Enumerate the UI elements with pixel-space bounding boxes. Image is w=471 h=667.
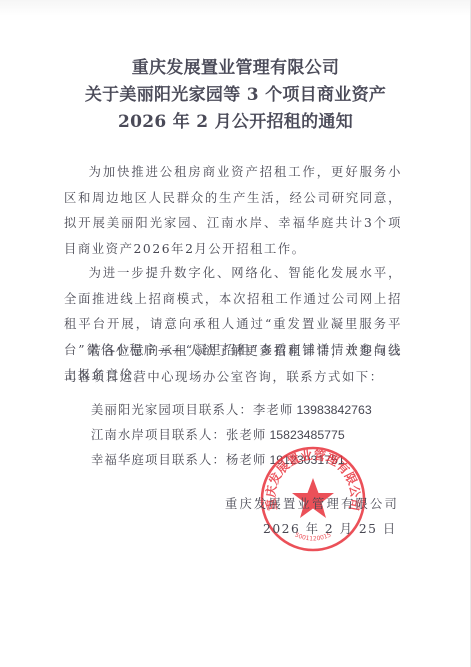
title-line-date: 2026 年 2 月公开招租的通知 — [0, 109, 471, 136]
title-line-subject: 关于美丽阳光家园等 3 个项目商业资产 — [0, 82, 471, 109]
paragraph-intro: 为加快推进公租房商业资产招租工作，更好服务小区和周边地区人民群众的生产生活，经公… — [64, 160, 402, 262]
title-line-company: 重庆发展置业管理有限公司 — [0, 55, 471, 82]
contact-jiangnan-shuian: 江南水岸项目联系人：张老师15823485775 — [91, 425, 345, 445]
signature-company: 重庆发展置业管理有限公司 — [225, 494, 399, 512]
contact-label: 幸福华庭项目联系人：杨老师 — [91, 453, 266, 467]
contact-label: 美丽阳光家园项目联系人：李老师 — [91, 403, 293, 417]
document-page: 重庆发展置业管理有限公司 关于美丽阳光家园等 3 个项目商业资产 2026 年 … — [0, 0, 471, 667]
contact-phone: 15823485775 — [269, 428, 344, 442]
contact-label: 江南水岸项目联系人：张老师 — [91, 428, 266, 442]
signature-date: 2026 年 2 月 25 日 — [263, 519, 397, 537]
contact-meili-yangguang: 美丽阳光家园项目联系人：李老师13983842763 — [91, 400, 372, 420]
paragraph-contact-intro: 若各位意向承租人欲了解更多招租详情，欢迎向公司各项目运营中心现场办公室咨询，联系… — [64, 339, 402, 390]
contact-phone: 13983842763 — [296, 403, 371, 417]
